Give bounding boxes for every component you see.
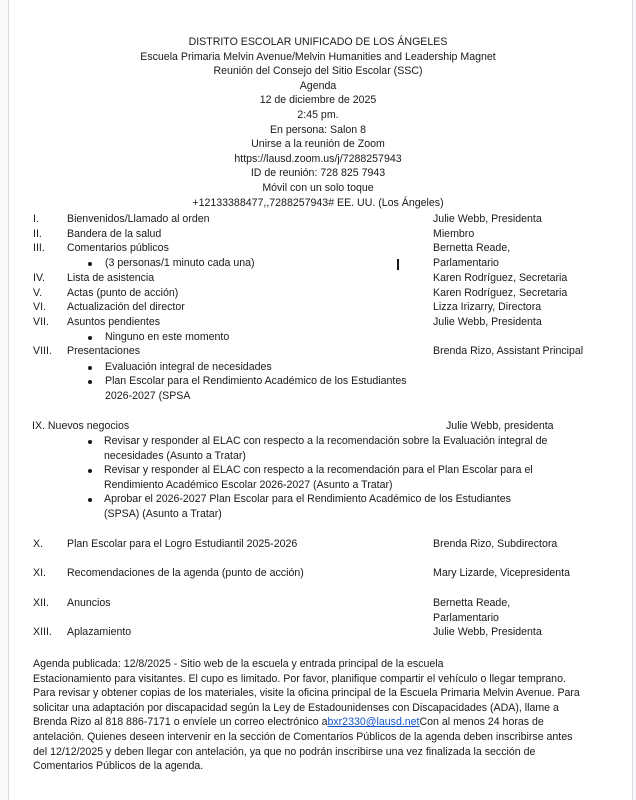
item-bullet-continued: 2026-2027 (SPSA: [105, 389, 190, 404]
zoom-link[interactable]: https://lausd.zoom.us/j/7288257943: [0, 152, 636, 167]
item-bullet: Ninguno en este momento: [105, 330, 229, 345]
contact-text-continued: Con al menos 24 horas de: [420, 716, 544, 728]
item-presenter: Bernetta Reade,: [433, 241, 510, 256]
item-number: III.: [33, 241, 45, 256]
document-header: DISTRITO ESCOLAR UNIFICADO DE LOS ÁNGELE…: [0, 35, 636, 210]
item-bullet-continued: necesidades (Asunto a Tratar): [104, 449, 246, 464]
item-bullet-continued: (SPSA) (Asunto a Tratar): [104, 507, 222, 522]
school-name: Escuela Primaria Melvin Avenue/Melvin Hu…: [0, 50, 636, 65]
item-title: Recomendaciones de la agenda (punto de a…: [67, 566, 304, 581]
public-comment-notice-2: del 12/12/2025 y deben llegar con antela…: [33, 745, 608, 760]
item-title: Comentarios públicos: [67, 241, 169, 256]
bullet-icon: [88, 366, 92, 370]
item-presenter: Julie Webb, Presidenta: [433, 315, 542, 330]
document-title: Agenda: [0, 79, 636, 94]
meeting-name: Reunión del Consejo del Sitio Escolar (S…: [0, 64, 636, 79]
contact-text: Brenda Rizo al 818 886-7171 o envíele un…: [33, 716, 327, 728]
bullet-icon: [88, 380, 92, 384]
item-presenter: Julie Webb, Presidenta: [433, 212, 542, 227]
bullet-icon: [88, 262, 92, 266]
item-bullet: Revisar y responder al ELAC con respecto…: [104, 434, 547, 449]
materials-notice: Para revisar y obtener copias de los mat…: [33, 686, 608, 701]
item-number: XI.: [33, 566, 46, 581]
zoom-join-label: Unirse a la reunión de Zoom: [0, 137, 636, 152]
zoom-meeting-id: ID de reunión: 728 825 7943: [0, 166, 636, 181]
item-number: IX.: [32, 420, 45, 432]
item-number: II.: [33, 227, 42, 242]
item-presenter: Miembro: [433, 227, 474, 242]
item-number: VIII.: [33, 344, 52, 359]
meeting-date: 12 de diciembre de 2025: [0, 93, 636, 108]
item-presenter: Bernetta Reade,: [433, 596, 510, 611]
item-title: Actas (punto de acción): [67, 286, 178, 301]
item-bullet: Evaluación integral de necesidades: [105, 360, 272, 375]
item-presenter: Karen Rodríguez, Secretaria: [433, 286, 567, 301]
item-number: I.: [33, 212, 39, 227]
item-bullet: Aprobar el 2026-2027 Plan Escolar para e…: [104, 492, 511, 507]
item-bullet: Plan Escolar para el Rendimiento Académi…: [105, 374, 407, 389]
item-title: Nuevos negocios: [48, 420, 129, 432]
item-number: VII.: [33, 315, 49, 330]
item-bullet-continued: Rendimiento Académico Escolar 2026-2027 …: [104, 478, 393, 493]
item-title: Plan Escolar para el Logro Estudiantil 2…: [67, 537, 297, 552]
item-number: XII.: [33, 596, 49, 611]
item-presenter: Julie Webb, Presidenta: [433, 625, 542, 640]
item-number: V.: [33, 286, 42, 301]
bullet-icon: [88, 440, 92, 444]
item-presenter: Julie Webb, presidenta: [446, 419, 554, 434]
parking-notice: Estacionamiento para visitantes. El cupo…: [33, 672, 608, 687]
item-presenter: Lizza Irizarry, Directora: [433, 300, 541, 315]
item-presenter-role: Parlamentario: [433, 256, 499, 271]
item-number: IV.: [33, 271, 45, 286]
one-tap-label: Móvil con un solo toque: [0, 181, 636, 196]
contact-notice: Brenda Rizo al 818 886-7171 o envíele un…: [33, 715, 608, 730]
text-cursor-icon: [397, 259, 399, 270]
item-number: X.: [33, 537, 43, 552]
item-bullet: (3 personas/1 minuto cada una): [105, 256, 255, 271]
district-name: DISTRITO ESCOLAR UNIFICADO DE LOS ÁNGELE…: [0, 35, 636, 50]
one-tap-number: +12133388477,,7288257943# EE. UU. (Los Á…: [0, 196, 636, 211]
item-number: XIII.: [33, 625, 52, 640]
meeting-time: 2:45 pm.: [0, 108, 636, 123]
item-presenter: Brenda Rizo, Assistant Principal: [433, 344, 583, 359]
ada-notice: solicitar una adaptación por discapacida…: [33, 701, 608, 716]
item-title: Aplazamiento: [67, 625, 131, 640]
public-comment-notice-3: Comentarios Públicos de la agenda.: [33, 759, 608, 774]
item-presenter: Karen Rodríguez, Secretaria: [433, 271, 567, 286]
item-presenter: Mary Lizarde, Vicepresidenta: [433, 566, 570, 581]
item-title: Bandera de la salud: [67, 227, 161, 242]
bullet-icon: [88, 469, 92, 473]
item-title: Asuntos pendientes: [67, 315, 160, 330]
item-number: VI.: [33, 300, 46, 315]
item-number-title: IX. Nuevos negocios: [32, 419, 129, 434]
item-title: Actualización del director: [67, 300, 185, 315]
email-link[interactable]: bxr2330@lausd.net: [327, 716, 419, 728]
public-comment-notice: antelación. Quienes deseen intervenir en…: [33, 730, 608, 745]
item-title: Lista de asistencia: [67, 271, 154, 286]
footer-notice: Agenda publicada: 12/8/2025 - Sitio web …: [33, 657, 608, 774]
item-bullet: Revisar y responder al ELAC con respecto…: [104, 463, 533, 478]
bullet-icon: [88, 336, 92, 340]
posting-notice: Agenda publicada: 12/8/2025 - Sitio web …: [33, 657, 608, 672]
item-presenter: Brenda Rizo, Subdirectora: [433, 537, 557, 552]
meeting-location: En persona: Salon 8: [0, 123, 636, 138]
item-title: Bienvenidos/Llamado al orden: [67, 212, 210, 227]
item-presenter-role: Parlamentario: [433, 611, 499, 626]
bullet-icon: [88, 498, 92, 502]
item-title: Presentaciones: [67, 344, 140, 359]
item-title: Anuncios: [67, 596, 111, 611]
